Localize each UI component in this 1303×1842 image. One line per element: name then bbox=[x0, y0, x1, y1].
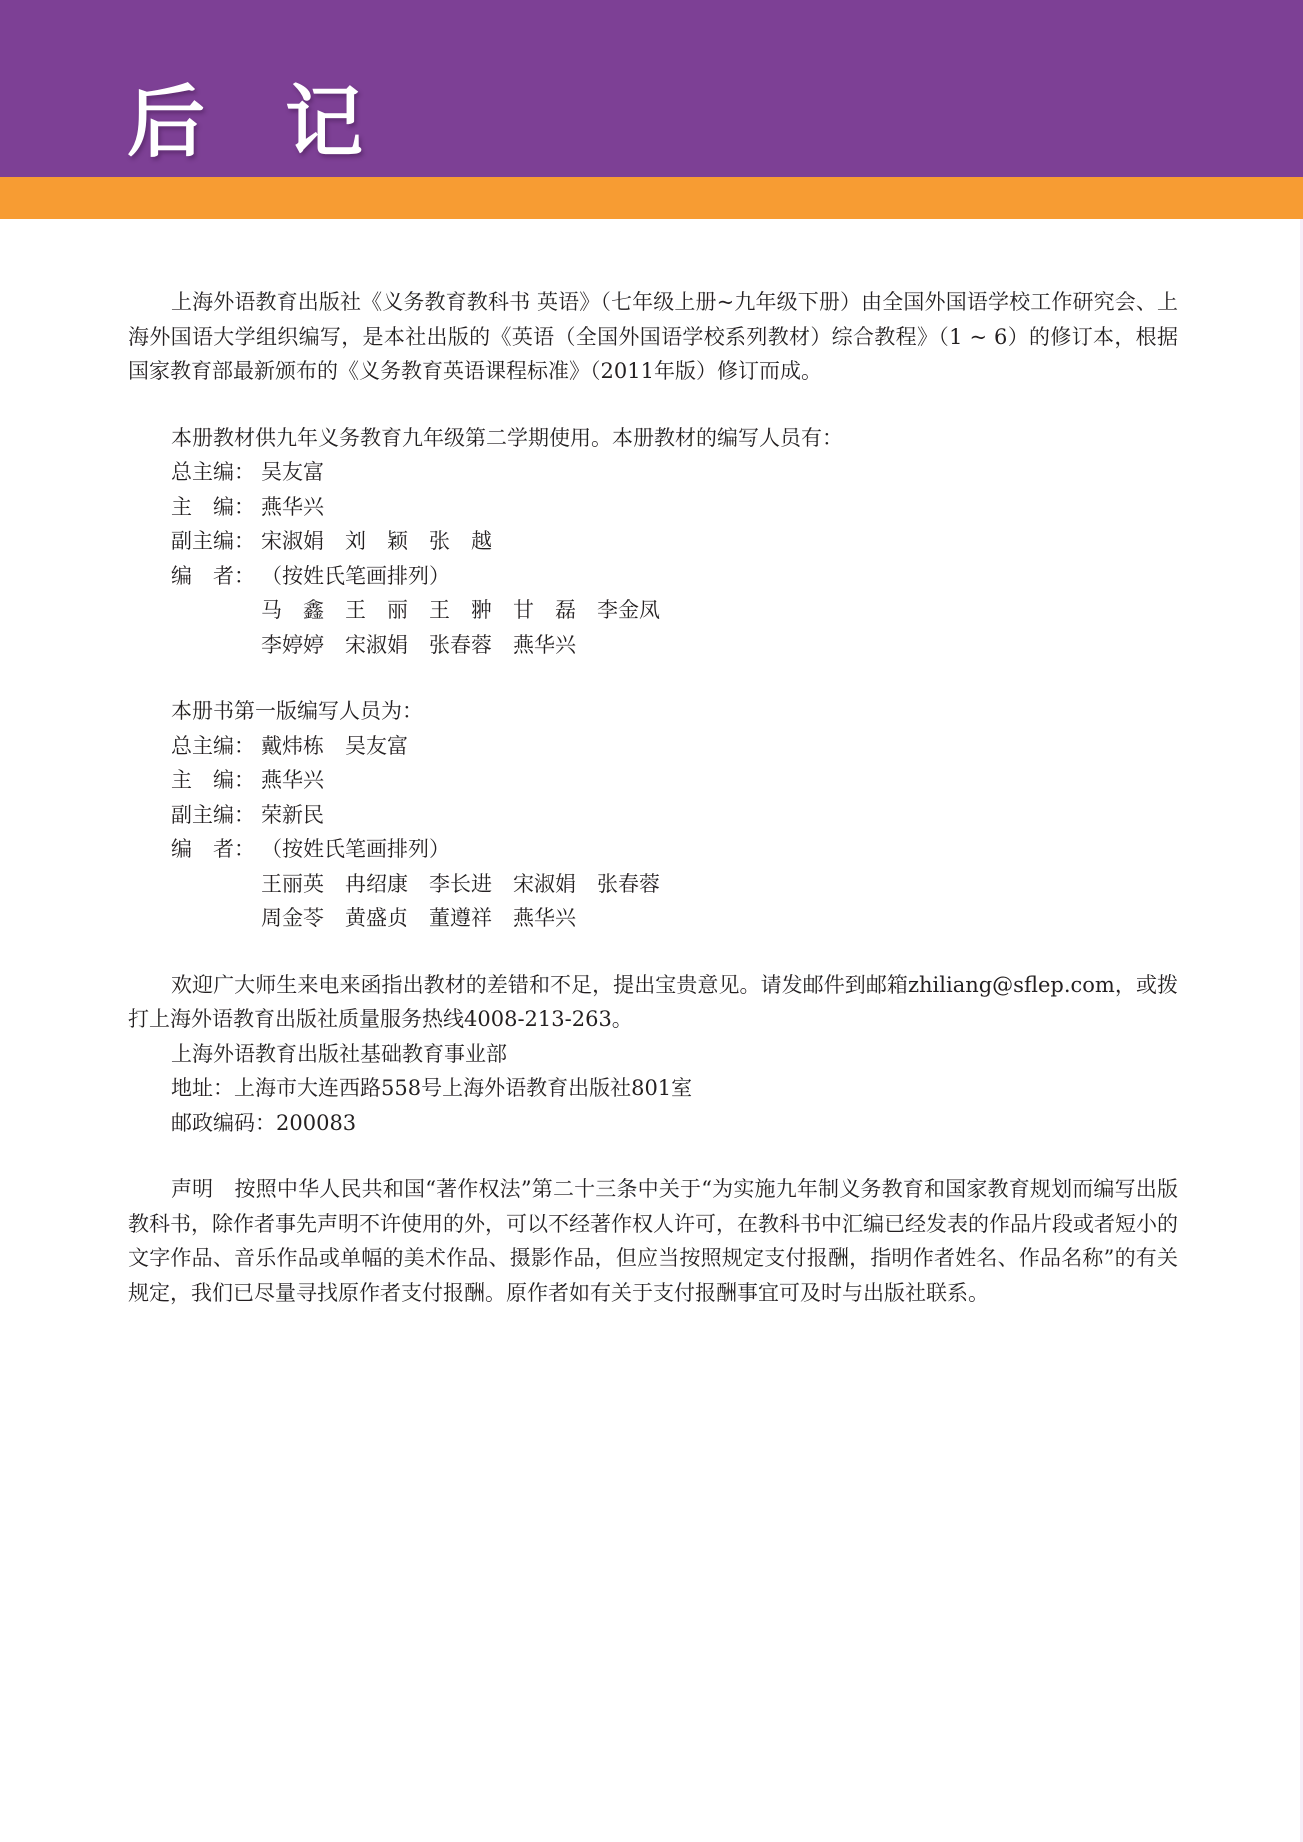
role-label: 主 编： bbox=[171, 490, 261, 525]
header-band: 后记 bbox=[0, 0, 1303, 177]
role-names: 吴友富 bbox=[261, 455, 324, 490]
role-label: 编 者： bbox=[171, 832, 261, 867]
role-label: 编 者： bbox=[171, 559, 261, 594]
role-names: 荣新民 bbox=[261, 798, 324, 833]
title-char-2: 记 bbox=[285, 78, 363, 168]
intro-paragraph: 上海外语教育出版社《义务教育教科书 英语》（七年级上册~九年级下册）由全国外国语… bbox=[128, 285, 1178, 389]
credit-row: 编 者：（按姓氏笔画排列） bbox=[128, 559, 1178, 594]
first-edition-credits: 本册书第一版编写人员为： 总主编：戴炜栋 吴友富 主 编：燕华兴 副主编：荣新民… bbox=[128, 694, 1178, 936]
statement-paragraph: 声明 按照中华人民共和国“著作权法”第二十三条中关于“为实施九年制义务教育和国家… bbox=[128, 1172, 1178, 1310]
credit-row: 主 编：燕华兴 bbox=[128, 490, 1178, 525]
role-names: （按姓氏笔画排列） bbox=[261, 559, 450, 594]
accent-band bbox=[0, 177, 1303, 219]
page-title: 后记 bbox=[127, 78, 363, 168]
role-names: （按姓氏笔画排列） bbox=[261, 832, 450, 867]
editors-line: 马 鑫 王 丽 王 翀 甘 磊 李金凤 bbox=[128, 593, 1178, 628]
role-names: 宋淑娟 刘 颖 张 越 bbox=[261, 524, 492, 559]
role-names: 戴炜栋 吴友富 bbox=[261, 729, 408, 764]
role-names: 燕华兴 bbox=[261, 763, 324, 798]
editors-line: 周金苓 黄盛贞 董遵祥 燕华兴 bbox=[128, 901, 1178, 936]
role-label: 主 编： bbox=[171, 763, 261, 798]
current-edition-credits: 本册教材供九年义务教育九年级第二学期使用。本册教材的编写人员有： 总主编：吴友富… bbox=[128, 421, 1178, 663]
credit-row: 总主编：吴友富 bbox=[128, 455, 1178, 490]
role-names: 燕华兴 bbox=[261, 490, 324, 525]
credit-row: 主 编：燕华兴 bbox=[128, 763, 1178, 798]
credit-row: 编 者：（按姓氏笔画排列） bbox=[128, 832, 1178, 867]
afterword-body: 上海外语教育出版社《义务教育教科书 英语》（七年级上册~九年级下册）由全国外国语… bbox=[128, 285, 1178, 1310]
credit-row: 副主编：荣新民 bbox=[128, 798, 1178, 833]
current-edition-intro: 本册教材供九年义务教育九年级第二学期使用。本册教材的编写人员有： bbox=[128, 421, 1178, 456]
role-label: 副主编： bbox=[171, 524, 261, 559]
role-label: 总主编： bbox=[171, 455, 261, 490]
contact-section: 欢迎广大师生来电来函指出教材的差错和不足，提出宝贵意见。请发邮件到邮箱zhili… bbox=[128, 968, 1178, 1141]
contact-paragraph: 欢迎广大师生来电来函指出教材的差错和不足，提出宝贵意见。请发邮件到邮箱zhili… bbox=[128, 968, 1178, 1037]
first-edition-intro: 本册书第一版编写人员为： bbox=[128, 694, 1178, 729]
publisher-address: 地址：上海市大连西路558号上海外语教育出版社801室 bbox=[128, 1071, 1178, 1106]
credit-row: 副主编：宋淑娟 刘 颖 张 越 bbox=[128, 524, 1178, 559]
title-char-1: 后 bbox=[127, 78, 205, 168]
editors-line: 王丽英 冉绍康 李长进 宋淑娟 张春蓉 bbox=[128, 867, 1178, 902]
publisher-postcode: 邮政编码：200083 bbox=[128, 1106, 1178, 1141]
credit-row: 总主编：戴炜栋 吴友富 bbox=[128, 729, 1178, 764]
editors-line: 李婷婷 宋淑娟 张春蓉 燕华兴 bbox=[128, 628, 1178, 663]
publisher-department: 上海外语教育出版社基础教育事业部 bbox=[128, 1037, 1178, 1072]
role-label: 副主编： bbox=[171, 798, 261, 833]
role-label: 总主编： bbox=[171, 729, 261, 764]
copyright-statement: 声明 按照中华人民共和国“著作权法”第二十三条中关于“为实施九年制义务教育和国家… bbox=[128, 1172, 1178, 1310]
